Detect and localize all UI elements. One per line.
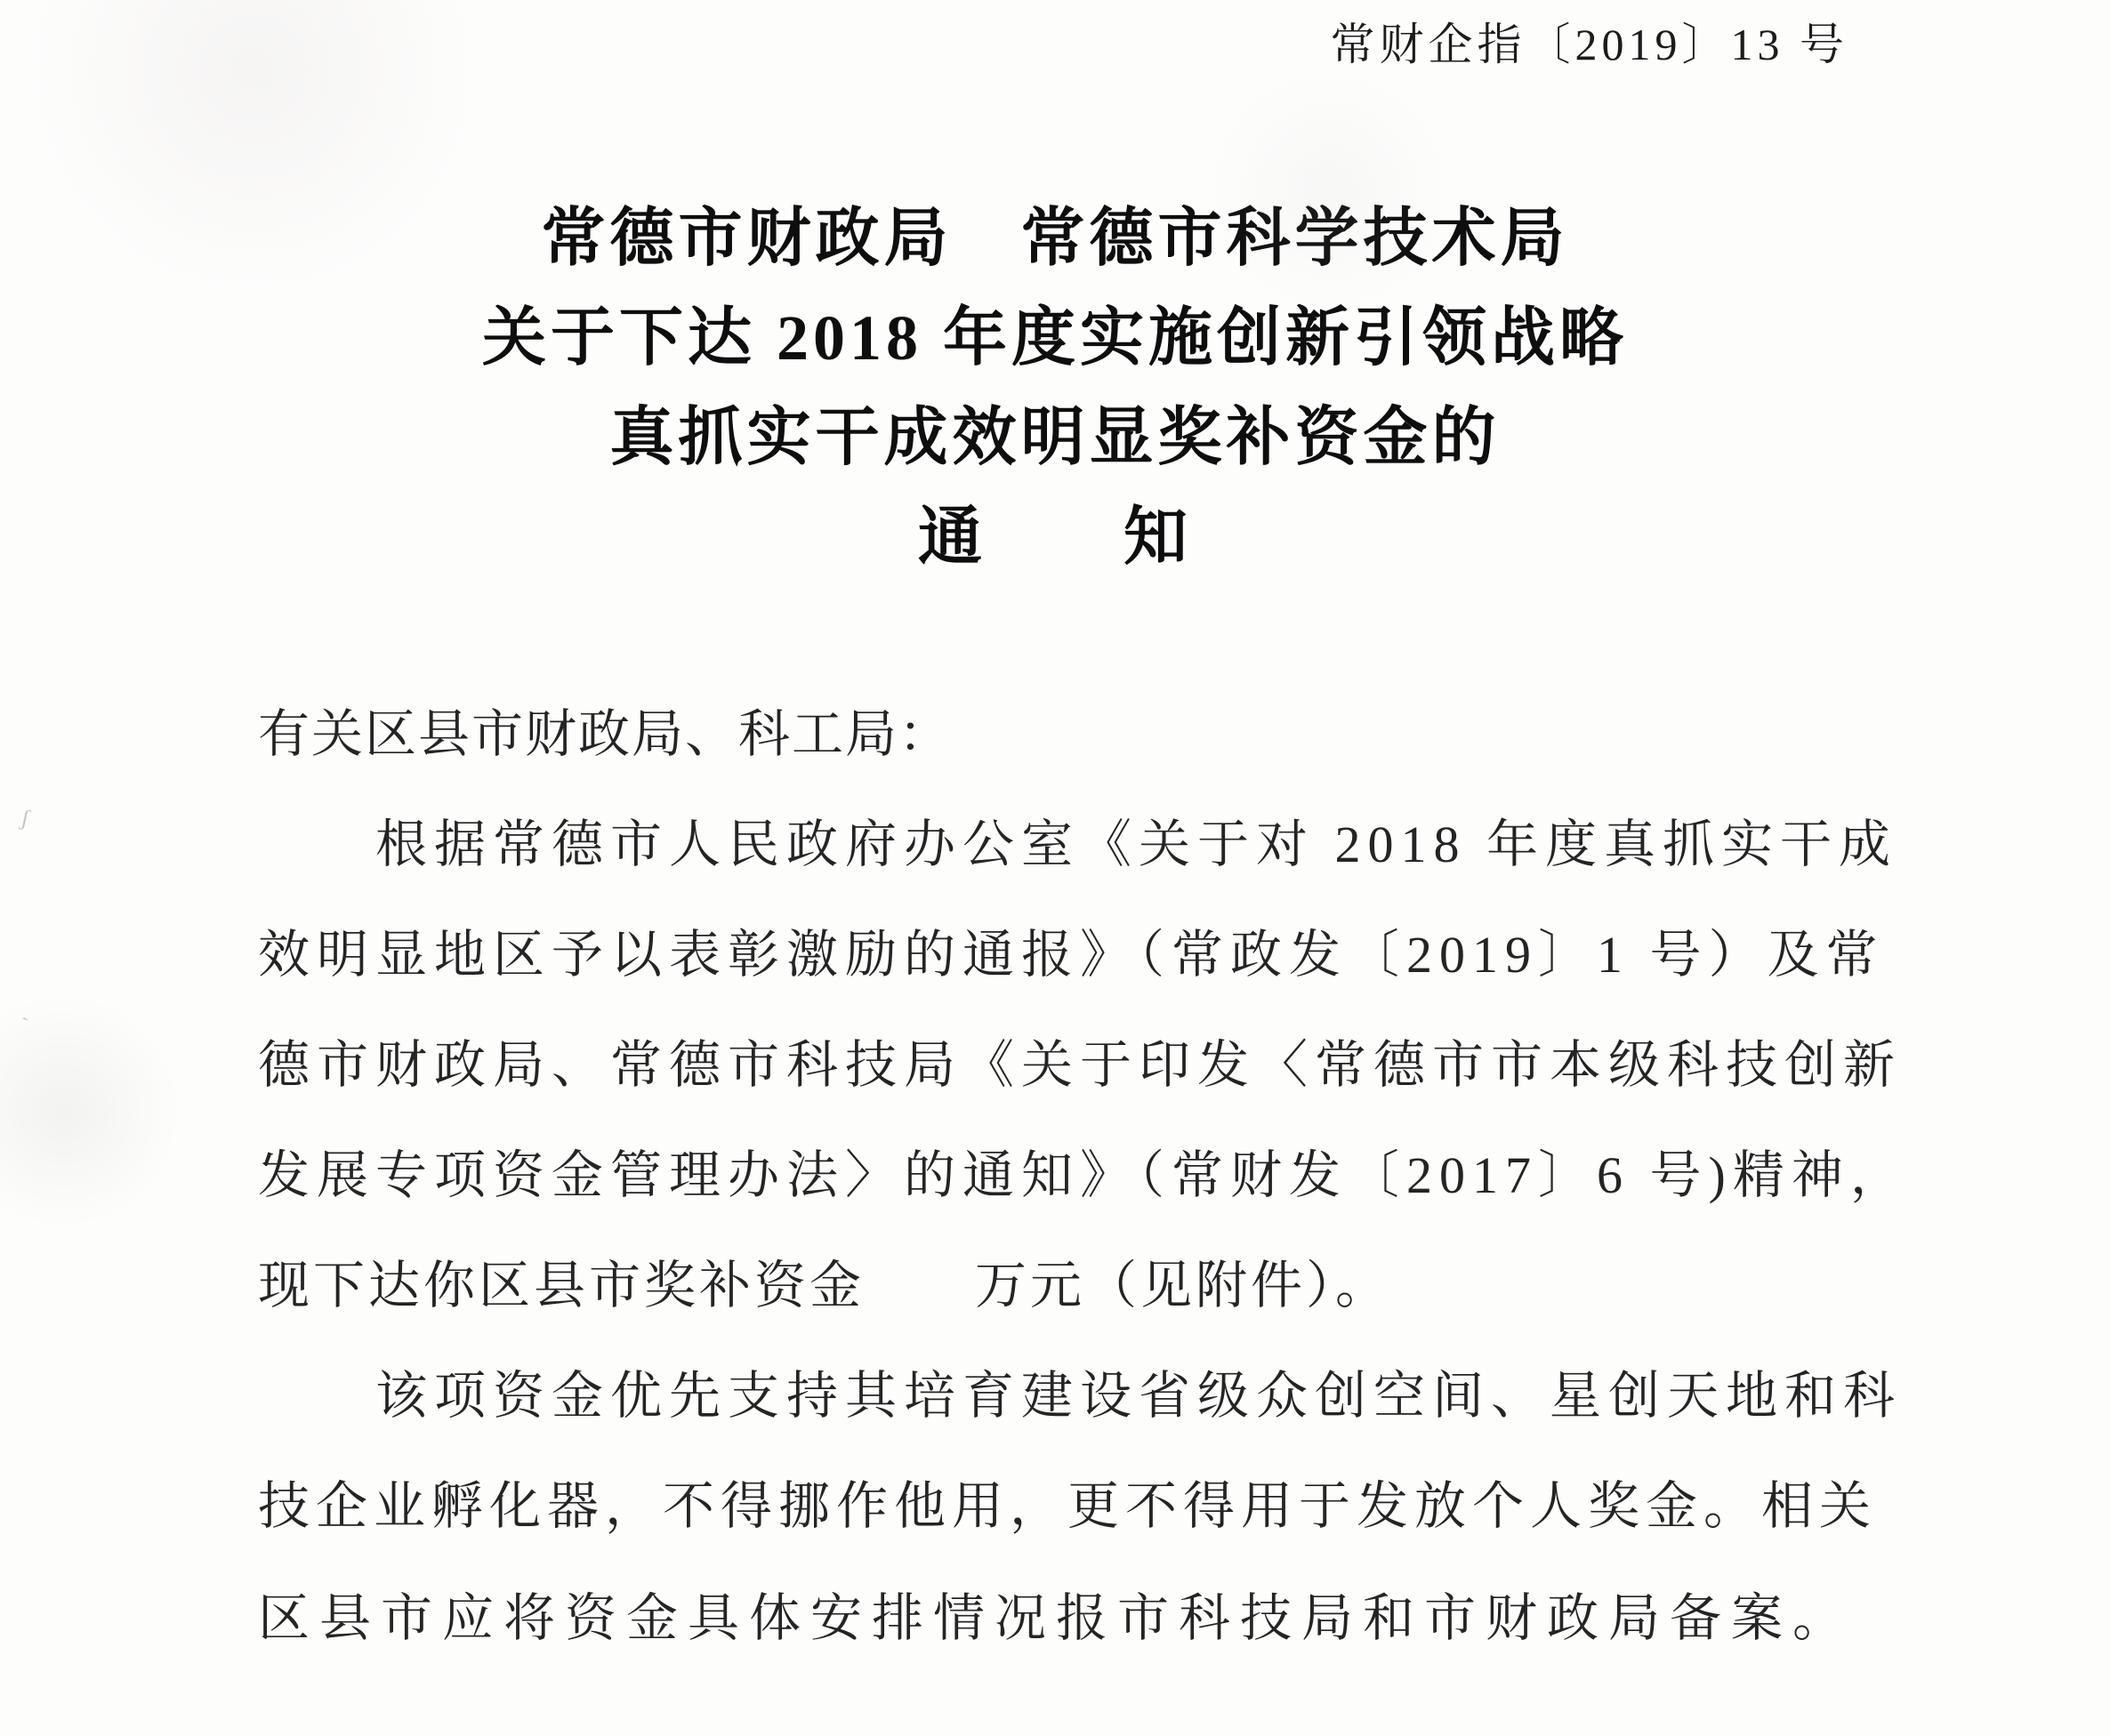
title-notice-word: 通 知 <box>0 487 2110 587</box>
title-issuing-agencies: 常德市财政局 常德市科学技术局 <box>0 189 2110 288</box>
scanned-official-notice-page: 常财企指〔2019〕13 号 常德市财政局 常德市科学技术局 关于下达 2018… <box>0 0 2110 1736</box>
document-reference-number: 常财企指〔2019〕13 号 <box>1331 9 1849 73</box>
paragraph1-line-3: 德市财政局、常德市科技局《关于印发〈常德市市本级科技创新 <box>258 1032 1886 1099</box>
paragraph1-line-2: 效明显地区予以表彰激励的通报》（常政发〔2019〕1 号）及常 <box>258 921 1886 989</box>
paragraph1-line-1: 根据常德市人民政府办公室《关于对 2018 年度真抓实干成 <box>258 811 2003 879</box>
salutation-line: 有关区县市财政局、科工局： <box>258 701 1886 768</box>
scan-artifact-mark: ʃ <box>19 804 32 832</box>
paragraph1-line-5-amount-blank: 现下达你区县市奖补资金 万元（见附件）。 <box>258 1252 1886 1320</box>
title-subject-line-1: 关于下达 2018 年度实施创新引领战略 <box>0 288 2110 388</box>
scan-artifact-mark: ˎ <box>13 995 29 1023</box>
title-subject-line-2: 真抓实干成效明显奖补资金的 <box>0 388 2110 487</box>
paragraph2-line-3: 区县市应将资金具体安排情况报市科技局和市财政局备案。 <box>258 1585 1886 1652</box>
paragraph2-line-2: 技企业孵化器，不得挪作他用，更不得用于发放个人奖金。相关 <box>258 1473 1886 1540</box>
document-title: 常德市财政局 常德市科学技术局 关于下达 2018 年度实施创新引领战略 真抓实… <box>0 189 2110 587</box>
paragraph2-line-1: 该项资金优先支持其培育建设省级众创空间、星创天地和科 <box>258 1362 2003 1430</box>
paragraph1-line-4: 发展专项资金管理办法〉的通知》（常财发〔2017〕6 号)精神， <box>258 1142 1886 1210</box>
